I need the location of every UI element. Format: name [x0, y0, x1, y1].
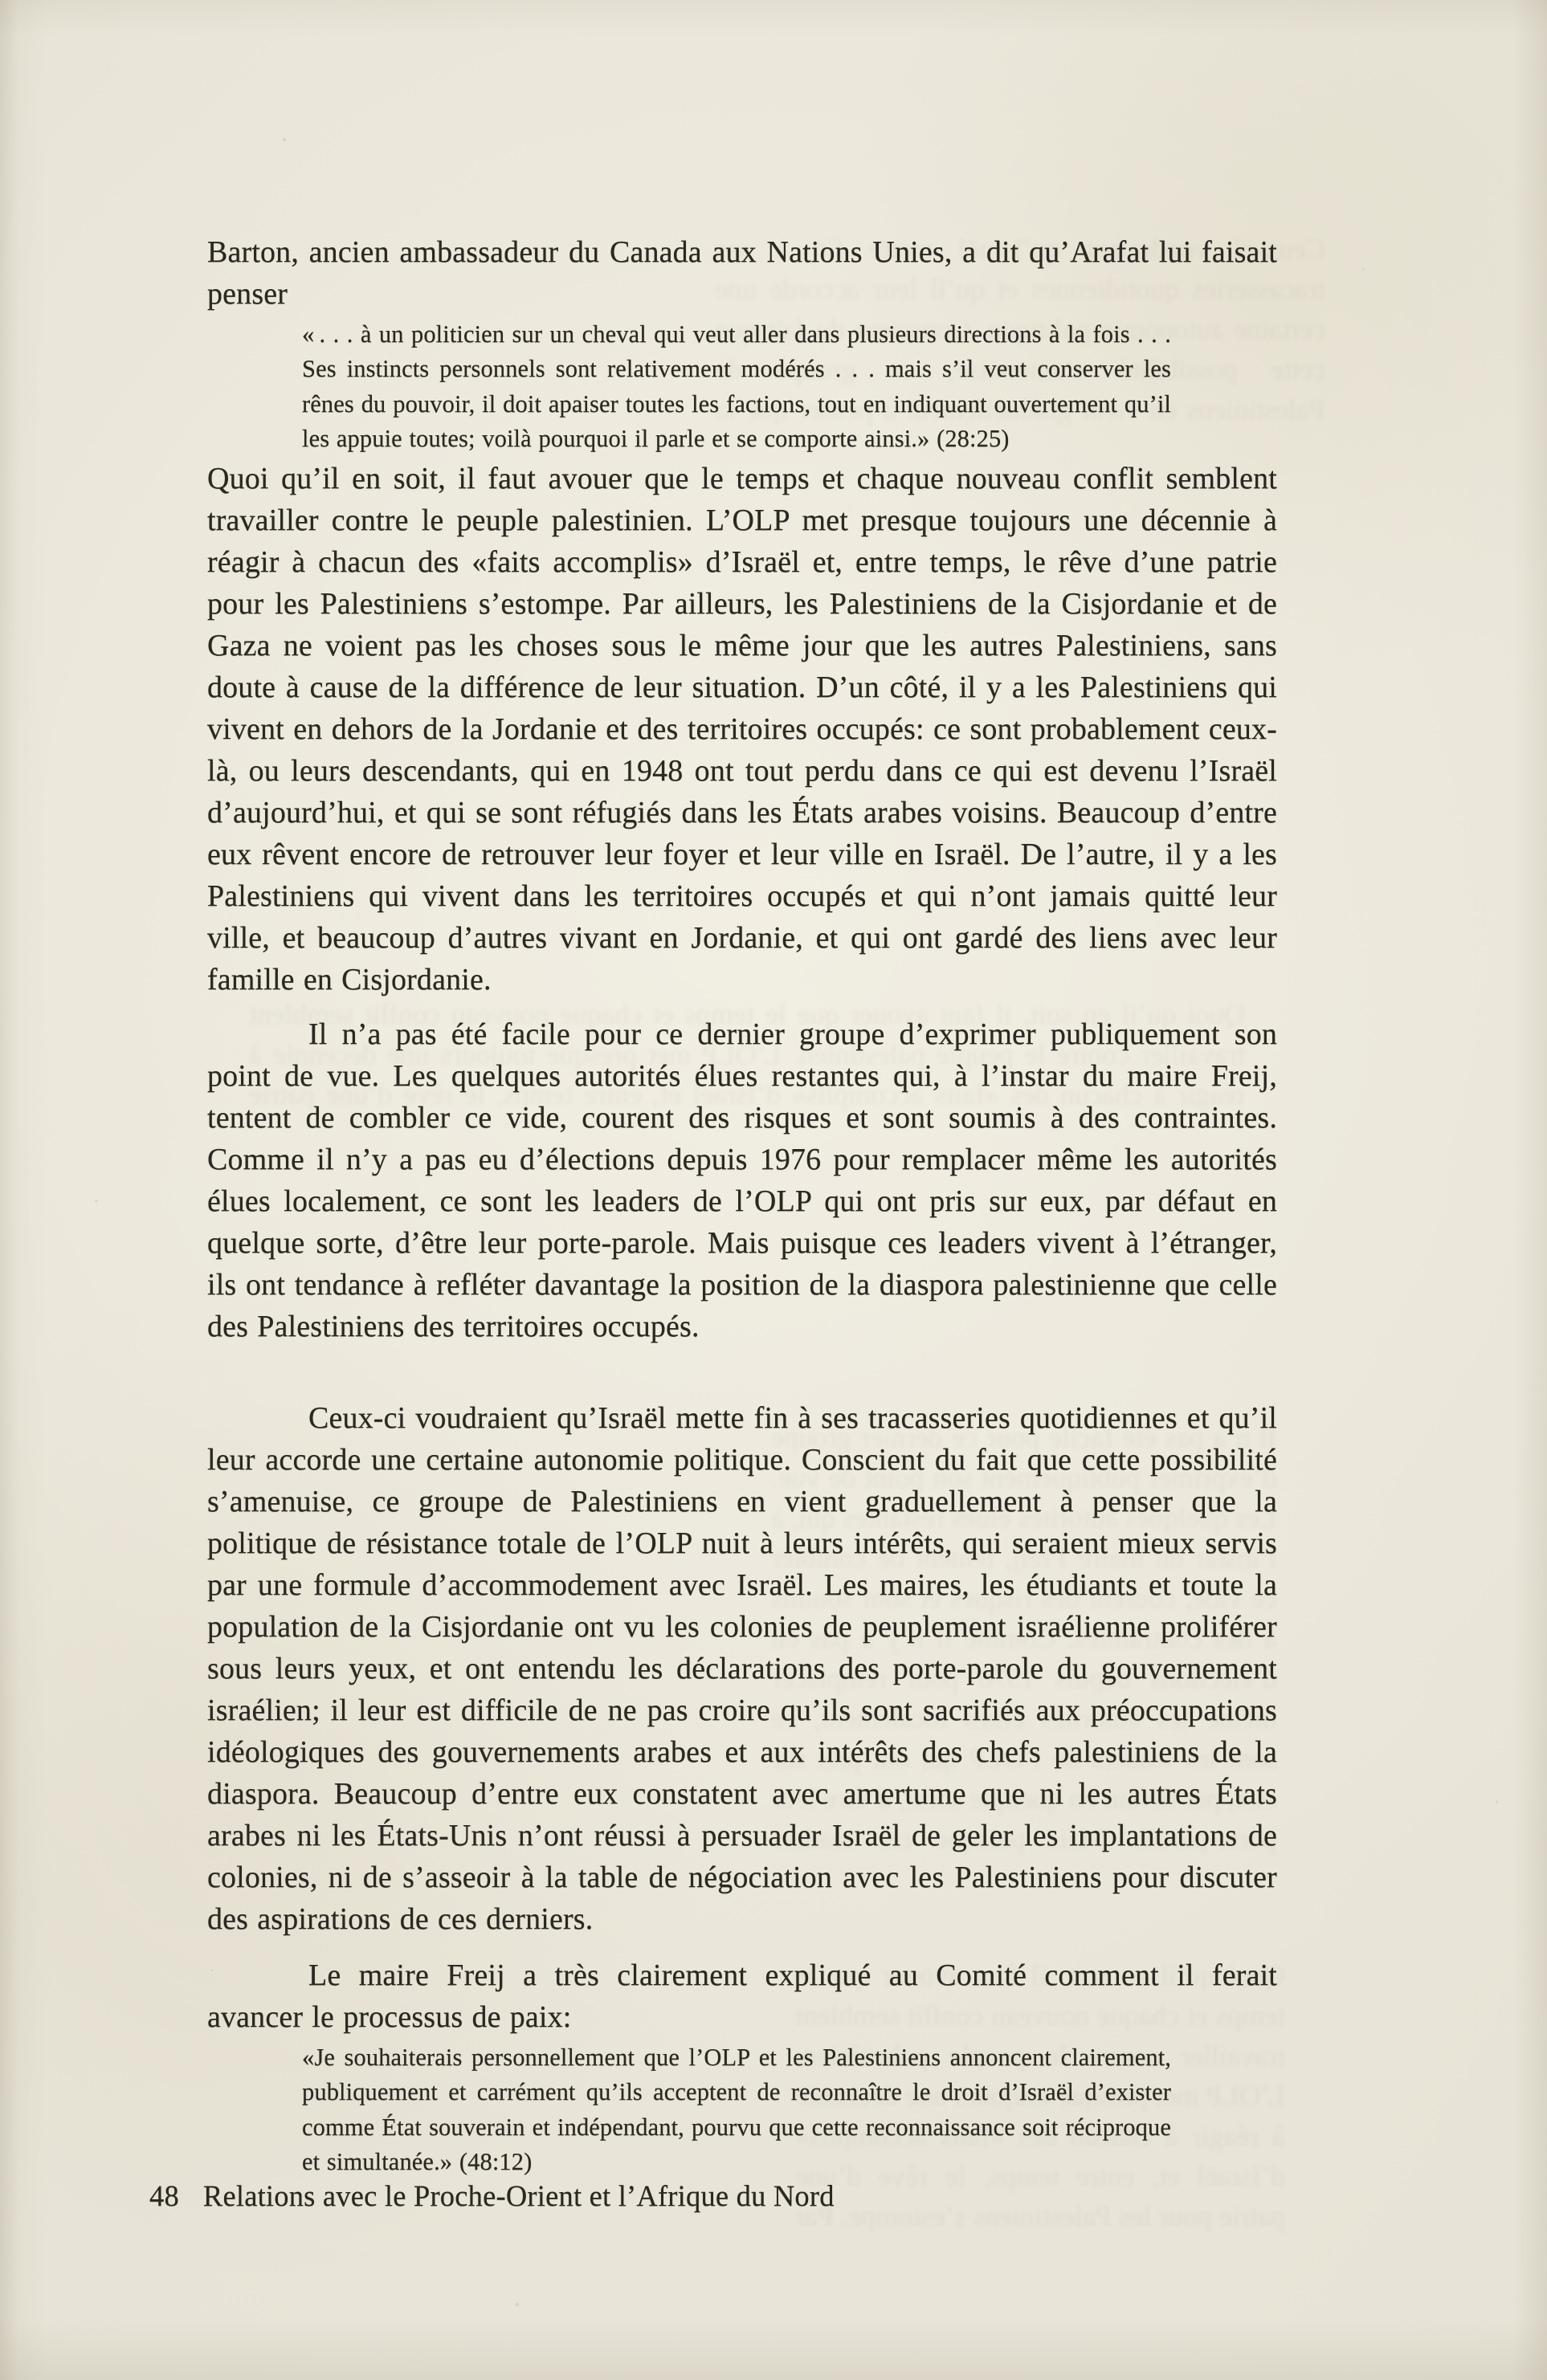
- page-number: 48: [149, 2178, 179, 2215]
- paragraph-ceux-ci: Ceux-ci voudraient qu’Israël mette fin à…: [207, 1397, 1277, 1940]
- dust-speck: [1496, 1800, 1498, 1803]
- intro-paragraph: Barton, ancien ambassadeur du Canada aux…: [207, 231, 1277, 315]
- paragraph-temps-et-conflit: Quoi qu’il en soit, il faut avouer que l…: [207, 458, 1277, 1000]
- dust-speck: [95, 1200, 98, 1202]
- scanned-page: Ceux-ci voudraient qu’Israël mette fin à…: [0, 0, 1547, 2380]
- page-footer: 48 Relations avec le Proche-Orient et l’…: [149, 2178, 835, 2215]
- dust-speck: [516, 2303, 519, 2306]
- freij-quotation: «Je souhaiterais personnellement que l’O…: [302, 2040, 1171, 2180]
- paragraph-dernier-groupe: Il n’a pas été facile pour ce dernier gr…: [207, 1013, 1277, 1347]
- barton-quotation: « . . . à un politicien sur un cheval qu…: [302, 317, 1171, 457]
- paragraph-maire-freij: Le maire Freij a très clairement expliqu…: [207, 1954, 1277, 2038]
- dust-speck: [283, 138, 286, 141]
- running-title: Relations avec le Proche-Orient et l’Afr…: [203, 2178, 835, 2215]
- dust-speck: [1362, 268, 1365, 271]
